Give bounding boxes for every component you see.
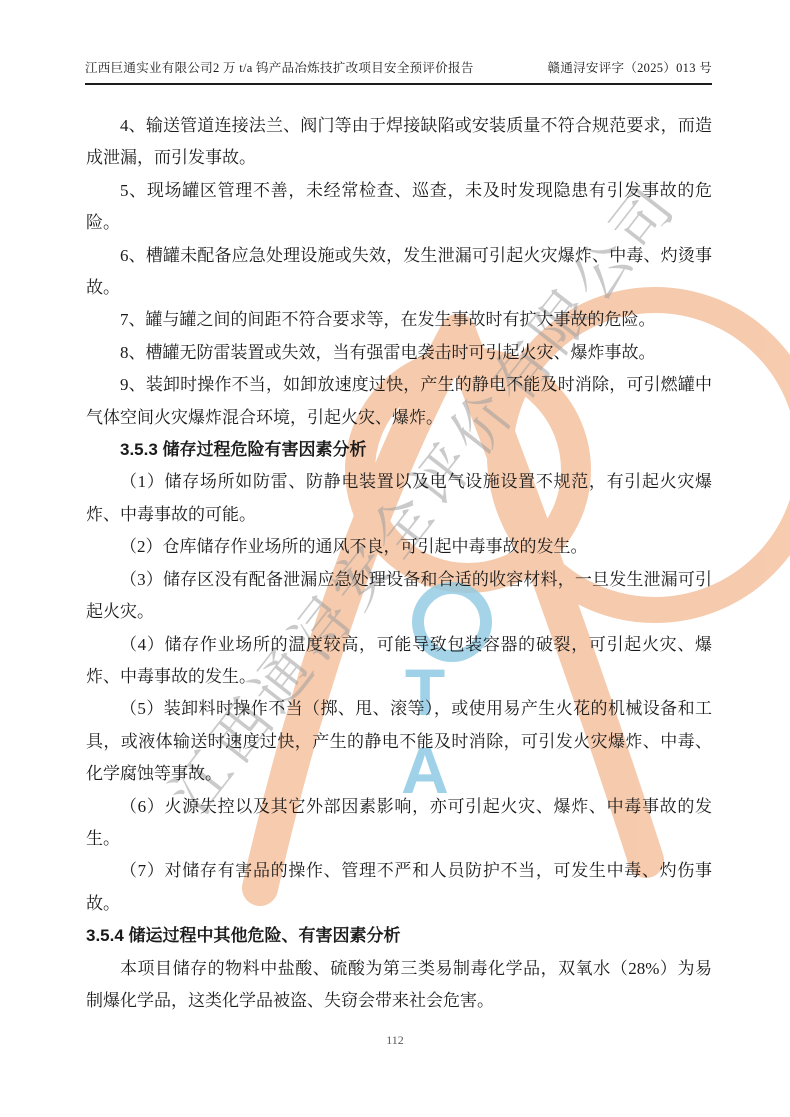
paragraph: （3）储存区没有配备泄漏应急处理设备和合适的收容材料，一旦发生泄漏可引起火灾。 [86,564,712,629]
page-header: 江西巨通实业有限公司2 万 t/a 钨产品冶炼技扩改项目安全预评价报告 赣通浔安… [85,58,712,85]
paragraph: 6、槽罐未配备应急处理设施或失效，发生泄漏可引起火灾爆炸、中毒、灼烫事故。 [86,240,712,305]
paragraph: （1）储存场所如防雷、防静电装置以及电气设施设置不规范，有引起火灾爆炸、中毒事故… [86,466,712,531]
paragraph: 9、装卸时操作不当，如卸放速度过快，产生的静电不能及时消除，可引燃罐中气体空间火… [86,369,712,434]
page-number: 112 [386,1033,404,1047]
paragraph: 本项目储存的物料中盐酸、硫酸为第三类易制毒化学品，双氧水（28%）为易制爆化学品… [86,953,712,1018]
page-footer: 112 [0,1033,790,1048]
paragraph: （2）仓库储存作业场所的通风不良，可引起中毒事故的发生。 [86,531,712,563]
section-heading: 3.5.3 储存过程危险有害因素分析 [86,434,712,466]
paragraph: （5）装卸料时操作不当（掷、甩、滚等），或使用易产生火花的机械设备和工具，或液体… [86,693,712,790]
document-page: TA 江西通浔安全评价有限公司 江西巨通实业有限公司2 万 t/a 钨产品冶炼技… [0,0,790,1117]
paragraph: （6）火源失控以及其它外部因素影响，亦可引起火灾、爆炸、中毒事故的发生。 [86,791,712,856]
paragraph: 7、罐与罐之间的间距不符合要求等，在发生事故时有扩大事故的危险。 [86,304,712,336]
paragraph: 5、现场罐区管理不善，未经常检查、巡查，未及时发现隐患有引发事故的危险。 [86,175,712,240]
paragraph: 4、输送管道连接法兰、阀门等由于焊接缺陷或安装质量不符合规范要求，而造成泄漏，而… [86,110,712,175]
paragraph: 8、槽罐无防雷装置或失效，当有强雷电袭击时可引起火灾、爆炸事故。 [86,337,712,369]
header-document-number: 赣通浔安评字（2025）013 号 [548,58,712,76]
header-report-title: 江西巨通实业有限公司2 万 t/a 钨产品冶炼技扩改项目安全预评价报告 [85,58,474,76]
paragraph: （4）储存作业场所的温度较高，可能导致包装容器的破裂，可引起火灾、爆炸、中毒事故… [86,629,712,694]
paragraph: （7）对储存有害品的操作、管理不严和人员防护不当，可发生中毒、灼伤事故。 [86,855,712,920]
section-heading: 3.5.4 储运过程中其他危险、有害因素分析 [86,920,712,952]
document-body: 4、输送管道连接法兰、阀门等由于焊接缺陷或安装质量不符合规范要求，而造成泄漏，而… [86,110,712,1017]
